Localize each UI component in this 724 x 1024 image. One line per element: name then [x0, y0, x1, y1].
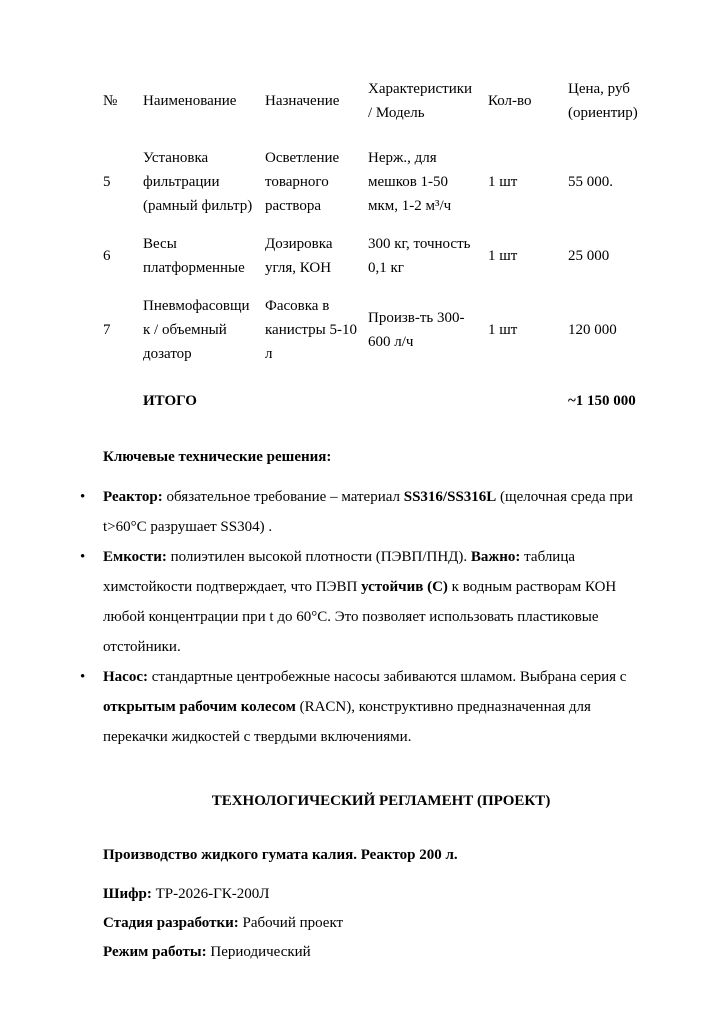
field-label: Стадия разработки:: [103, 915, 239, 931]
text-segment-bold: Важно:: [471, 549, 521, 565]
field-label: Шифр:: [103, 886, 152, 902]
field-value: Периодический: [210, 944, 310, 960]
col-header-number: №: [103, 73, 143, 139]
equipment-name: Установка фильтрации (рамный фильтр): [143, 139, 265, 225]
field-label: Режим работы:: [103, 944, 207, 960]
equipment-table: № Наименование Назначение Характеристики…: [103, 73, 655, 420]
text-segment: обязательное требование – материал: [163, 489, 404, 505]
text-segment: стандартные центробежные насосы забивают…: [148, 669, 626, 685]
text-segment-bold: открытым рабочим колесом: [103, 699, 296, 715]
regulation-fields: Шифр: ТР-2026-ГК-200Л Стадия разработки:…: [103, 880, 659, 967]
total-empty-cell: [103, 373, 143, 420]
key-solutions-section: Ключевые технические решения: Реактор: о…: [103, 442, 659, 967]
solution-item-tanks: Емкости: полиэтилен высокой плотности (П…: [103, 542, 659, 662]
equipment-qty: 1 шт: [488, 225, 568, 287]
equipment-specs: Нерж., для мешков 1-50 мкм, 1-2 м³/ч: [368, 139, 488, 225]
regulation-field-stage: Стадия разработки: Рабочий проект: [103, 909, 659, 938]
row-number: 7: [103, 287, 143, 373]
equipment-qty: 1 шт: [488, 287, 568, 373]
table-row: 5 Установка фильтрации (рамный фильтр) О…: [103, 139, 655, 225]
equipment-name: Пневмофасовщик / объемный дозатор: [143, 287, 265, 373]
total-empty-cell: [488, 373, 568, 420]
equipment-specs: 300 кг, точность 0,1 кг: [368, 225, 488, 287]
key-solutions-heading: Ключевые технические решения:: [103, 442, 659, 472]
text-segment-bold: Емкости:: [103, 549, 167, 565]
row-number: 5: [103, 139, 143, 225]
key-solutions-list: Реактор: обязательное требование – матер…: [103, 482, 659, 752]
text-segment-bold: устойчив (С): [361, 579, 448, 595]
regulation-subtitle: Производство жидкого гумата калия. Реакт…: [103, 840, 659, 870]
equipment-purpose: Фасовка в канистры 5-10 л: [265, 287, 368, 373]
equipment-purpose: Осветление товарного раствора: [265, 139, 368, 225]
equipment-name: Весы платформенные: [143, 225, 265, 287]
table-row: 6 Весы платформенные Дозировка угля, КОН…: [103, 225, 655, 287]
total-empty-cell: [265, 373, 368, 420]
equipment-price: 55 000.: [568, 139, 655, 225]
table-row: 7 Пневмофасовщик / объемный дозатор Фасо…: [103, 287, 655, 373]
solution-item-pump: Насос: стандартные центробежные насосы з…: [103, 662, 659, 752]
equipment-price: 25 000: [568, 225, 655, 287]
document-page: № Наименование Назначение Характеристики…: [0, 0, 724, 1024]
col-header-purpose: Назначение: [265, 73, 368, 139]
text-segment-bold: SS316/SS316L: [404, 489, 497, 505]
field-value: ТР-2026-ГК-200Л: [156, 886, 270, 902]
regulation-title: ТЕХНОЛОГИЧЕСКИЙ РЕГЛАМЕНТ (ПРОЕКТ): [103, 786, 659, 816]
regulation-field-code: Шифр: ТР-2026-ГК-200Л: [103, 880, 659, 909]
row-number: 6: [103, 225, 143, 287]
equipment-qty: 1 шт: [488, 139, 568, 225]
field-value: Рабочий проект: [243, 915, 344, 931]
col-header-name: Наименование: [143, 73, 265, 139]
solution-item-reactor: Реактор: обязательное требование – матер…: [103, 482, 659, 542]
text-segment-bold: Насос:: [103, 669, 148, 685]
total-empty-cell: [368, 373, 488, 420]
col-header-price: Цена, руб (ориентир): [568, 73, 655, 139]
col-header-specs: Характеристики / Модель: [368, 73, 488, 139]
table-header-row: № Наименование Назначение Характеристики…: [103, 73, 655, 139]
text-segment: полиэтилен высокой плотности (ПЭВП/ПНД).: [167, 549, 471, 565]
equipment-price: 120 000: [568, 287, 655, 373]
regulation-field-mode: Режим работы: Периодический: [103, 938, 659, 967]
total-value: ~1 150 000: [568, 373, 655, 420]
equipment-purpose: Дозировка угля, КОН: [265, 225, 368, 287]
col-header-qty: Кол-во: [488, 73, 568, 139]
equipment-specs: Произв-ть 300-600 л/ч: [368, 287, 488, 373]
text-segment-bold: Реактор:: [103, 489, 163, 505]
table-total-row: ИТОГО ~1 150 000: [103, 373, 655, 420]
total-label: ИТОГО: [143, 373, 265, 420]
document-content: № Наименование Назначение Характеристики…: [103, 73, 659, 967]
